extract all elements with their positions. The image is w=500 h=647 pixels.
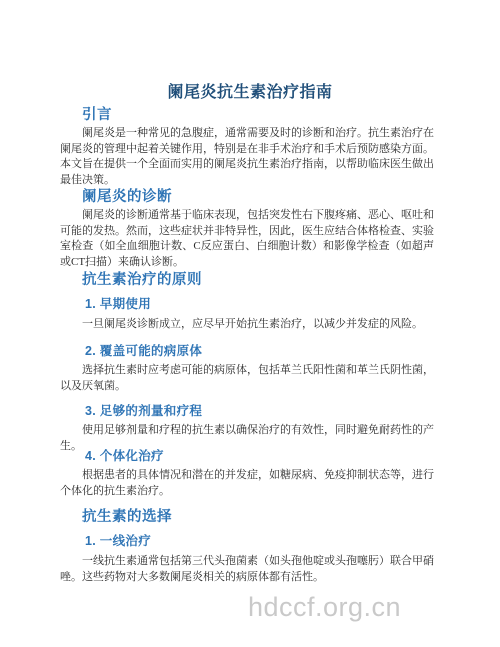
section-heading-introduction: 引言 bbox=[82, 103, 112, 124]
document-page: 阑尾炎抗生素治疗指南 引言 阑尾炎是一种常见的急腹症，通常需要及时的诊断和治疗。… bbox=[0, 0, 500, 647]
paragraph-early-use: 一旦阑尾炎诊断成立，应尽早开始抗生素治疗，以减少并发症的风险。 bbox=[60, 317, 434, 333]
paragraph-cover-pathogens: 选择抗生素时应考虑可能的病原体，包括革兰氏阳性菌和革兰氏阴性菌，以及厌氧菌。 bbox=[60, 363, 434, 394]
paragraph-individualized: 根据患者的具体情况和潜在的并发症，如糖尿病、免疫抑制状态等，进行个体化的抗生素治… bbox=[60, 468, 434, 499]
paragraph-diagnosis: 阑尾炎的诊断通常基于临床表现，包括突发性右下腹疼痛、恶心、呕吐和可能的发热。然而… bbox=[60, 208, 434, 270]
paragraph-introduction: 阑尾炎是一种常见的急腹症，通常需要及时的诊断和治疗。抗生素治疗在阑尾炎的管理中起… bbox=[60, 126, 434, 188]
subsection-heading-dose-course: 3. 足够的剂量和疗程 bbox=[85, 401, 202, 419]
subsection-heading-early-use: 1. 早期使用 bbox=[85, 294, 151, 312]
subsection-heading-individualized: 4. 个体化治疗 bbox=[85, 446, 164, 464]
page-title: 阑尾炎抗生素治疗指南 bbox=[0, 79, 500, 102]
subsection-heading-first-line: 1. 一线治疗 bbox=[85, 531, 151, 549]
section-heading-antibiotic-selection: 抗生素的选择 bbox=[82, 505, 172, 526]
paragraph-first-line: 一线抗生素通常包括第三代头孢菌素（如头孢他啶或头孢噻肟）联合甲硝唑。这些药物对大… bbox=[60, 554, 434, 585]
section-heading-diagnosis: 阑尾炎的诊断 bbox=[82, 185, 172, 206]
section-heading-principles: 抗生素治疗的原则 bbox=[82, 268, 202, 289]
subsection-heading-cover-pathogens: 2. 覆盖可能的病原体 bbox=[85, 341, 202, 359]
watermark: hdccf.org.cn bbox=[248, 592, 401, 623]
